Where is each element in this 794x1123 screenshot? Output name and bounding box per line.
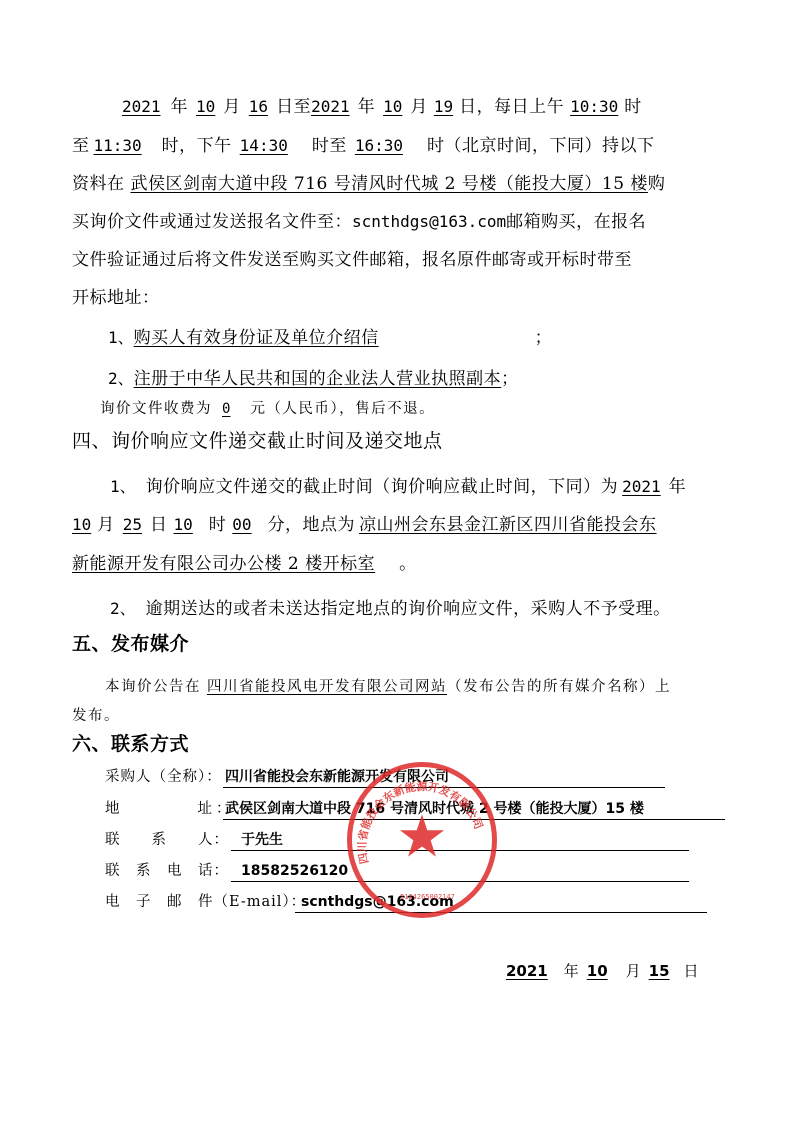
address-line: 资料在武侯区剑南大道中段 716 号清风时代城 2 号楼（能投大厦）15 楼购 (72, 173, 665, 195)
end-day: 19 (428, 97, 459, 116)
deadline-year: 2021 (618, 477, 669, 496)
text: 年 (669, 477, 687, 497)
contact-address: 地 址： 武侯区剑南大道中段 716 号清风时代城 2 号楼（能投大厦）15 楼 (105, 799, 235, 819)
end-month: 10 (375, 97, 410, 116)
deadline-line-3: 新能源开发有限公司办公楼 2 楼开标室。 (72, 553, 417, 575)
purchase-email[interactable]: scnthdgs@163.com (352, 212, 506, 231)
text: 。 (399, 554, 417, 574)
text: 邮箱购买，在报名 (506, 212, 646, 232)
registration-period-line: 2021年10月16日至2021年10月19日，每日上午10:30时 (72, 96, 642, 118)
contact-purchaser: 采购人（全称）： 四川省能投会东新能源开发有限公司 (105, 767, 222, 787)
pm-start-time: 14:30 (232, 136, 312, 155)
text: 时（北京时间，下同）持以下 (427, 136, 655, 156)
media-line: 本询价公告在四川省能投风电开发有限公司网站（发布公告的所有媒介名称）上 (105, 676, 671, 698)
text: 购 (648, 174, 666, 194)
contact-label: 电 子 邮 件（E-mail）： (105, 892, 306, 912)
deadline-location-cont: 新能源开发有限公司办公楼 2 楼开标室 (72, 554, 399, 574)
media-line-2: 发布。 (72, 705, 120, 727)
text: 月 (626, 962, 641, 980)
text: ； (529, 328, 553, 348)
late-submission-line: 2、逾期送达的或者未送达指定地点的询价响应文件，采购人不予受理。 (110, 598, 671, 620)
item-number: 2、 (108, 369, 134, 388)
fee-line: 询价文件收费为0元（人民币），售后不退。 (100, 398, 435, 420)
text: 时 (209, 515, 227, 535)
end-year: 2021 (311, 97, 358, 116)
contact-label: 联 系 电 话： (105, 861, 229, 881)
text: 日，每日上午 (459, 97, 564, 117)
date-month: 10 (579, 962, 626, 980)
text: 日 (684, 962, 699, 980)
text: 年 (564, 962, 579, 980)
item-text: 注册于中华人民共和国的企业法人营业执照副本 (134, 369, 502, 389)
signature-date: 2021年10月15日 (496, 960, 699, 981)
text: ； (501, 369, 519, 389)
para-line: 文件验证通过后将文件发送至购买文件邮箱，报名原件邮寄或开标时带至 (72, 249, 632, 271)
date-day: 15 (641, 962, 684, 980)
text: 时至 (312, 136, 347, 156)
deadline-day: 25 (115, 515, 150, 534)
contact-phone: 联 系 电 话： 18582526120 (105, 861, 229, 881)
deadline-minute: 00 (226, 515, 267, 534)
am-start-time: 10:30 (564, 97, 624, 116)
text: 日 (150, 515, 168, 535)
text: 日至 (276, 97, 311, 117)
am-end-time: 11:30 (90, 136, 154, 155)
text: 时 (624, 97, 642, 117)
requirement-item-2: 2、注册于中华人民共和国的企业法人营业执照副本； (108, 368, 519, 390)
text: 资料在 (72, 174, 125, 194)
text: 逾期送达的或者未送达指定地点的询价响应文件，采购人不予受理。 (136, 599, 671, 619)
contact-value: 武侯区剑南大道中段 716 号清风时代城 2 号楼（能投大厦）15 楼 (223, 799, 725, 820)
fee-amount: 0 (212, 401, 250, 417)
contact-label: 采购人（全称）： (105, 767, 222, 787)
text: 本询价公告在 (105, 679, 201, 695)
text: 年 (171, 97, 189, 117)
requirement-item-1: 1、购买人有效身份证及单位介绍信； (108, 327, 552, 349)
text: 分，地点为 (268, 515, 356, 535)
section-4-heading: 四、询价响应文件递交截止时间及递交地点 (72, 430, 443, 452)
contact-email: 电 子 邮 件（E-mail）： scnthdgs@163.com (105, 892, 306, 912)
text: 时，下午 (154, 136, 232, 156)
pm-end-time: 16:30 (347, 136, 427, 155)
item-number: 1、 (108, 328, 134, 347)
deadline-hour: 10 (168, 515, 209, 534)
contact-label: 联 系 人： (105, 830, 229, 850)
start-year: 2021 (72, 97, 171, 116)
svg-text:四川省能投会东新能源开发有限公司: 四川省能投会东新能源开发有限公司 (355, 779, 486, 865)
deadline-location: 凉山州会东县金江新区四川省能投会东 (355, 515, 657, 535)
text: （发布公告的所有媒介名称）上 (447, 679, 671, 695)
contact-value: 四川省能投会东新能源开发有限公司 (223, 767, 665, 788)
time-range-line: 至11:30时，下午14:30时至16:30时（北京时间，下同）持以下 (72, 135, 655, 157)
section-5-heading: 五、发布媒介 (72, 633, 189, 655)
text: 买询价文件或通过发送报名文件至： (72, 212, 352, 232)
text: 月 (97, 515, 115, 535)
para-line: 开标地址： (72, 287, 160, 309)
contact-value: 于先生 (231, 830, 689, 851)
item-number: 2、 (110, 599, 136, 618)
contact-value[interactable]: 18582526120 (231, 861, 689, 882)
item-text: 购买人有效身份证及单位介绍信 (134, 328, 529, 348)
text: 询价响应文件递交的截止时间（询价响应截止时间，下同）为 (136, 477, 619, 497)
contact-value[interactable]: scnthdgs@163.com (295, 892, 707, 913)
section-6-heading: 六、联系方式 (72, 733, 189, 755)
text: 月 (223, 97, 241, 117)
text: 至 (72, 136, 90, 156)
date-year: 2021 (496, 962, 564, 980)
deadline-month: 10 (72, 515, 97, 534)
purchase-address: 武侯区剑南大道中段 716 号清风时代城 2 号楼（能投大厦）15 楼 (125, 174, 648, 194)
text: 询价文件收费为 (100, 401, 212, 417)
text: 元（人民币），售后不退。 (250, 401, 435, 417)
deadline-line-1: 1、询价响应文件递交的截止时间（询价响应截止时间，下同）为2021年 (110, 476, 686, 498)
item-number: 1、 (110, 477, 136, 496)
deadline-line-2: 10月25日10时00分，地点为凉山州会东县金江新区四川省能投会东 (72, 514, 657, 536)
start-month: 10 (188, 97, 223, 116)
text: 年 (358, 97, 376, 117)
text: 月 (410, 97, 428, 117)
contact-label: 地 址： (105, 799, 235, 819)
publish-media: 四川省能投风电开发有限公司网站 (201, 679, 447, 695)
email-line: 买询价文件或通过发送报名文件至：scnthdgs@163.com邮箱购买，在报名 (72, 211, 646, 233)
start-day: 16 (241, 97, 276, 116)
contact-person: 联 系 人： 于先生 (105, 830, 229, 850)
